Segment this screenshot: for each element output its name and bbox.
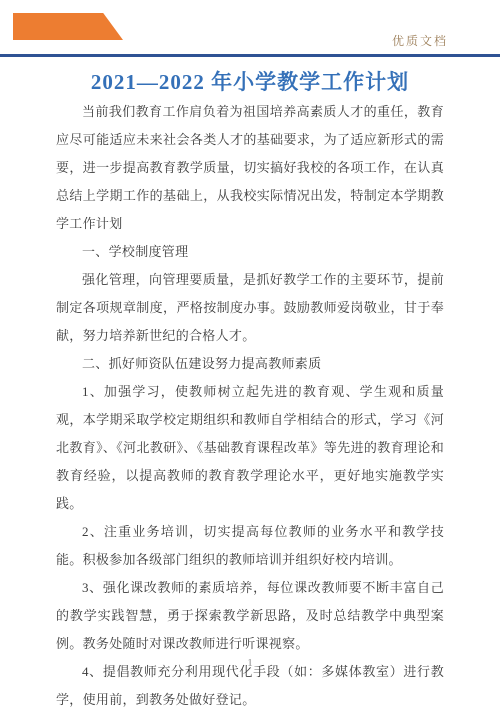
document-page: 优质文档 2021—2022 年小学教学工作计划 当前我们教育工作肩负着为祖国培… [0,0,500,707]
brand-logo-shape [13,13,123,40]
brand-label: 优质文档 [392,32,448,49]
section-heading: 一、学校制度管理 [56,238,444,266]
body-paragraph: 强化管理，向管理要质量，是抓好教学工作的主要环节，提前制定各项规章制度，严格按制… [56,266,444,350]
section-heading: 二、抓好师资队伍建设努力提高教师素质 [56,350,444,378]
header-rule [0,54,500,57]
body-paragraph: 3、强化课改教师的素质培养，每位课改教师要不断丰富自己的教学实践智慧，勇于探索教… [56,574,444,658]
page-number: 1 [247,657,253,669]
body-paragraph: 1、加强学习，使教师树立起先进的教育观、学生观和质量观，本学期采取学校定期组织和… [56,378,444,518]
page-header: 优质文档 [0,0,500,54]
document-title: 2021—2022 年小学教学工作计划 [0,66,500,96]
body-paragraph: 当前我们教育工作肩负着为祖国培养高素质人才的重任，教育应尽可能适应未来社会各类人… [56,98,444,238]
document-body: 当前我们教育工作肩负着为祖国培养高素质人才的重任，教育应尽可能适应未来社会各类人… [0,98,500,707]
page-footer: 1 [0,657,500,669]
body-paragraph: 2、注重业务培训，切实提高每位教师的业务水平和教学技能。积极参加各级部门组织的教… [56,518,444,574]
